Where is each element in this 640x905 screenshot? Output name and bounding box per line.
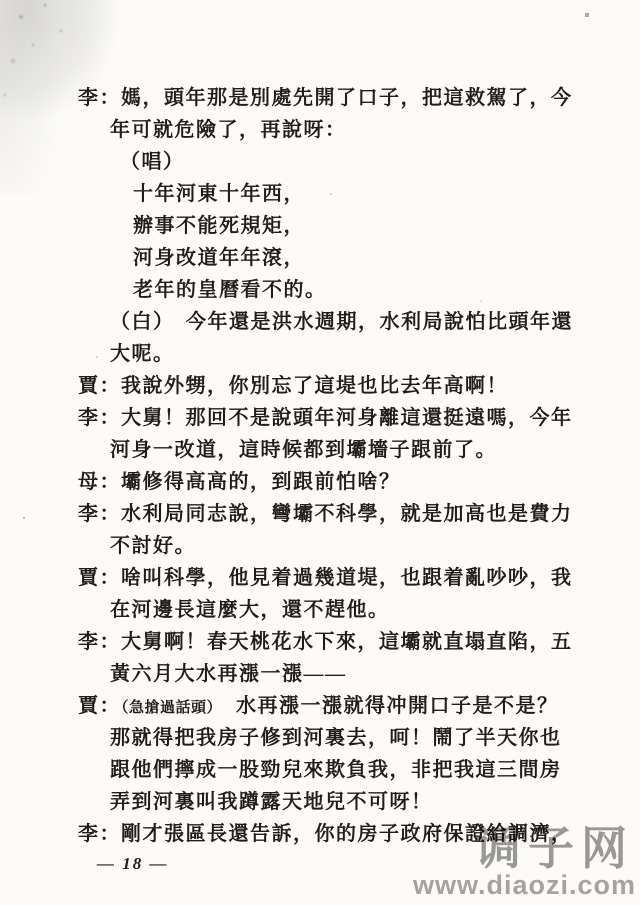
dialogue-line: （唱）: [0, 146, 640, 178]
dialogue-line: 河身一改道，這時候都到壩墻子跟前了。: [0, 434, 640, 466]
speaker-label: 李：: [78, 631, 121, 653]
dialogue-line: 李：媽，頭年那是別處先開了口子，把這救駕了，今: [0, 82, 640, 114]
dialogue-line: 李：大舅啊！春天桃花水下來，這壩就直塌直陷，五: [0, 626, 640, 658]
dialogue-line: 年可就危險了，再說呀：: [0, 114, 640, 146]
watermark-url: www.diaozi.com: [413, 871, 636, 899]
dialogue-block: 賈：（急搶過話頭） 水再漲一漲就得冲開口子是不是？那就得把我房子修到河裏去，呵！…: [0, 690, 640, 818]
speaker-label: 賈：: [78, 695, 121, 717]
dialogue-line: 大呢。: [0, 338, 640, 370]
dialogue-line: 河身改道年年滾，: [0, 242, 640, 274]
stage-direction: （急搶過話頭）: [121, 700, 215, 716]
speaker-label: 賈：: [78, 375, 121, 397]
scanned-script-page: 李：媽，頭年那是別處先開了口子，把這救駕了，今年可就危險了，再說呀：（唱）十年河…: [0, 0, 640, 905]
dialogue-line: 那就得把我房子修到河裏去，呵！鬧了半天你也: [0, 722, 640, 754]
dialogue-line: 在河邊長這麼大，還不趕他。: [0, 594, 640, 626]
speaker-label: 李：: [78, 823, 121, 845]
scan-speck-dots: [0, 0, 2, 2]
dialogue-block: 賈：啥叫科學，他見着過幾道堤，也跟着亂吵吵，我在河邊長這麼大，還不趕他。: [0, 562, 640, 626]
dialogue-block: 李：大舅啊！春天桃花水下來，這壩就直塌直陷，五黃六月大水再漲一漲——: [0, 626, 640, 690]
text-column: 李：媽，頭年那是別處先開了口子，把這救駕了，今年可就危險了，再說呀：（唱）十年河…: [0, 82, 640, 850]
dialogue-line: 不討好。: [0, 530, 640, 562]
speaker-label: 李：: [78, 503, 121, 525]
speaker-label: 李：: [78, 87, 121, 109]
dialogue-line: 賈：啥叫科學，他見着過幾道堤，也跟着亂吵吵，我: [0, 562, 640, 594]
dialogue-line: 賈：我說外甥，你別忘了這堤也比去年高啊！: [0, 370, 640, 402]
dialogue-line: 母：壩修得高高的，到跟前怕啥？: [0, 466, 640, 498]
dialogue-block: 李：大舅！那回不是說頭年河身離這還挺遠嗎，今年河身一改道，這時候都到壩墻子跟前了…: [0, 402, 640, 466]
speaker-label: 母：: [78, 471, 121, 493]
dialogue-line: 李：大舅！那回不是說頭年河身離這還挺遠嗎，今年: [0, 402, 640, 434]
dialogue-line: 李：剛才張區長還告訴，你的房子政府保證給調濟，: [0, 818, 640, 850]
dialogue-block: 李：剛才張區長還告訴，你的房子政府保證給調濟，: [0, 818, 640, 850]
speaker-label: 賈：: [78, 567, 121, 589]
dialogue-line: 李：水利局同志說，彎壩不科學，就是加高也是費力: [0, 498, 640, 530]
dialogue-line: 賈：（急搶過話頭） 水再漲一漲就得冲開口子是不是？: [0, 690, 640, 722]
dialogue-line: 辦事不能死規矩，: [0, 210, 640, 242]
dialogue-block: 李：水利局同志說，彎壩不科學，就是加高也是費力不討好。: [0, 498, 640, 562]
dialogue-line: 黃六月大水再漲一漲——: [0, 658, 640, 690]
dialogue-line: （白） 今年還是洪水週期，水利局說怕比頭年還: [0, 306, 640, 338]
speaker-label: 李：: [78, 407, 121, 429]
dialogue-block: 賈：我說外甥，你別忘了這堤也比去年高啊！: [0, 370, 640, 402]
page-number: — 18 —: [97, 852, 169, 876]
dialogue-line: 十年河東十年西，: [0, 178, 640, 210]
dialogue-line: 跟他們擰成一股勁兒來欺負我，非把我這三間房: [0, 754, 640, 786]
dialogue-block: 李：媽，頭年那是別處先開了口子，把這救駕了，今年可就危險了，再說呀：（唱）十年河…: [0, 82, 640, 370]
dialogue-block: 母：壩修得高高的，到跟前怕啥？: [0, 466, 640, 498]
dialogue-line: 弄到河裏叫我蹲露天地兒不可呀！: [0, 786, 640, 818]
dialogue-line: 老年的皇曆看不的。: [0, 274, 640, 306]
